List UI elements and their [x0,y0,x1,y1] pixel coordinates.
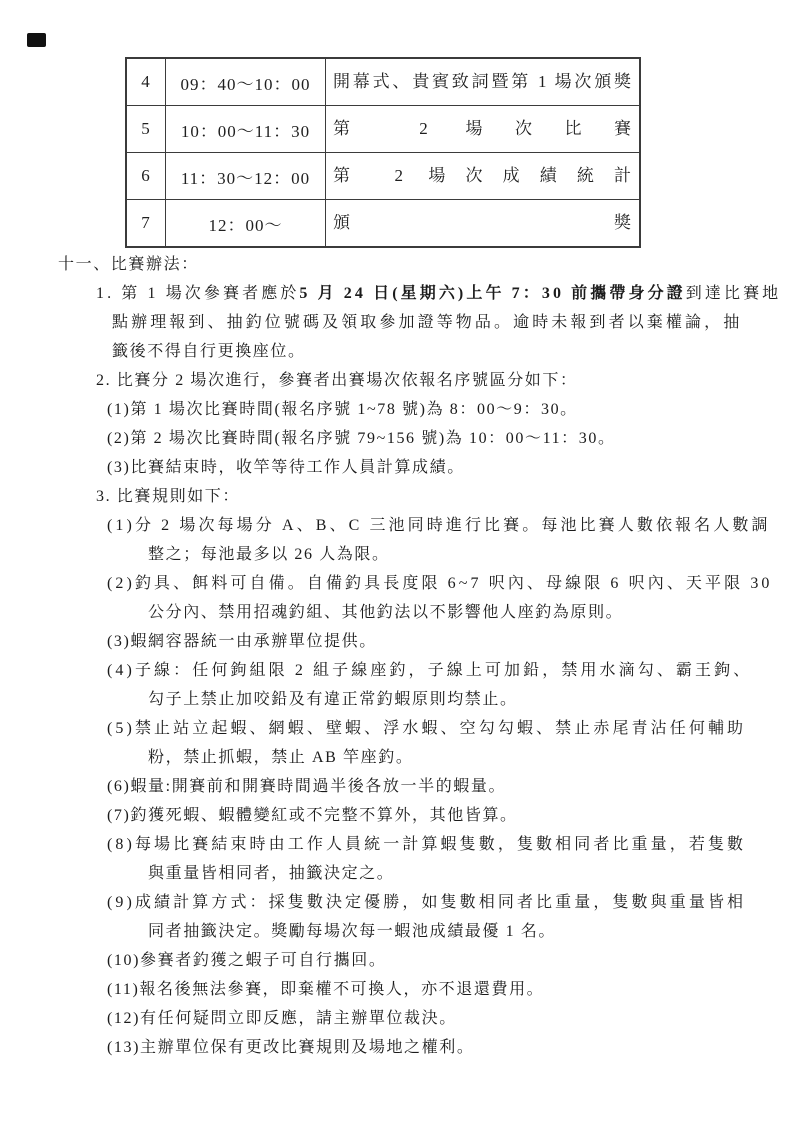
cell-activity: 頒獎 [325,200,639,246]
body-line: (2)釣具、餌料可自備。自備釣具長度限 6~7 呎內、母線限 6 呎內、天平限 … [107,569,800,598]
body-line: (8)每場比賽結束時由工作人員統一計算蝦隻數，隻數相同者比重量，若隻數 [107,830,800,859]
body-line: (11)報名後無法參賽，即棄權不可換人，亦不退還費用。 [107,975,800,1004]
body-line: 粉，禁止抓蝦，禁止 AB 竿座釣。 [148,743,800,772]
body-line: (4)子線：任何鉤組限 2 組子線座釣，子線上可加鉛，禁用水滴勾、霸王鉤、 [107,656,800,685]
body-line: 勾子上禁止加咬鉛及有違正常釣蝦原則均禁止。 [148,685,800,714]
section-heading: 十一、比賽辦法： [58,250,800,279]
body-line: (7)釣獲死蝦、蝦體變紅或不完整不算外，其他皆算。 [107,801,800,830]
body-line: 3. 比賽規則如下： [96,482,800,511]
table-row: 6 11：30～12：00 第 2 場次成績統計 [127,152,639,199]
cell-time: 10：00～11：30 [165,106,325,152]
cell-step-number: 5 [127,106,165,152]
schedule-table: 4 09：40～10：00 開幕式、貴賓致詞暨第 1 場次頒獎 5 10：00～… [125,57,641,248]
cell-time: 11：30～12：00 [165,153,325,199]
table-row: 5 10：00～11：30 第 2 場次比賽 [127,105,639,152]
body-line: (6)蝦量:開賽前和開賽時間過半後各放一半的蝦量。 [107,772,800,801]
cell-step-number: 7 [127,200,165,246]
cell-time: 09：40～10：00 [165,59,325,105]
rules-section: 十一、比賽辦法： 1. 第 1 場次參賽者應於5 月 24 日(星期六)上午 7… [0,250,800,1062]
body-line: (1)第 1 場次比賽時間(報名序號 1~78 號)為 8：00～9：30。 [107,395,800,424]
line-text-bold: 5 月 24 日(星期六)上午 7：30 前攜帶身分證 [299,285,685,302]
table-row: 4 09：40～10：00 開幕式、貴賓致詞暨第 1 場次頒獎 [127,59,639,105]
line-text-pre: 1. 第 1 場次參賽者應於 [96,285,299,302]
cell-activity: 第 2 場次成績統計 [325,153,639,199]
cell-activity: 第 2 場次比賽 [325,106,639,152]
body-line: (9)成績計算方式：採隻數決定優勝，如隻數相同者比重量，隻數與重量皆相 [107,888,800,917]
body-line: (3)蝦網容器統一由承辦單位提供。 [107,627,800,656]
document-page: 4 09：40～10：00 開幕式、貴賓致詞暨第 1 場次頒獎 5 10：00～… [0,0,800,1132]
body-line: 同者抽籤決定。獎勵每場次每一蝦池成績最優 1 名。 [148,917,800,946]
body-line: (10)參賽者釣獲之蝦子可自行攜回。 [107,946,800,975]
cell-step-number: 6 [127,153,165,199]
body-line: 籤後不得自行更換座位。 [112,337,800,366]
body-line: 點辦理報到、抽釣位號碼及領取參加證等物品。逾時未報到者以棄權論，抽 [112,308,800,337]
body-line: 公分內、禁用招魂釣組、其他釣法以不影響他人座釣為原則。 [148,598,800,627]
table-row: 7 12：00～ 頒獎 [127,199,639,246]
body-line: (12)有任何疑問立即反應，請主辦單位裁決。 [107,1004,800,1033]
body-line: 2. 比賽分 2 場次進行，參賽者出賽場次依報名序號區分如下： [96,366,800,395]
line-text-post: 到達比賽地 [686,285,782,302]
cell-step-number: 4 [127,59,165,105]
body-line: 1. 第 1 場次參賽者應於5 月 24 日(星期六)上午 7：30 前攜帶身分… [96,279,800,308]
body-line: (5)禁止站立起蝦、網蝦、壁蝦、浮水蝦、空勾勾蝦、禁止赤尾青沾任何輔助 [107,714,800,743]
body-line: (3)比賽結束時，收竿等待工作人員計算成績。 [107,453,800,482]
body-line: (2)第 2 場次比賽時間(報名序號 79~156 號)為 10：00～11：3… [107,424,800,453]
body-line: (1)分 2 場次每場分 A、B、C 三池同時進行比賽。每池比賽人數依報名人數調 [107,511,800,540]
cell-time: 12：00～ [165,200,325,246]
cell-activity: 開幕式、貴賓致詞暨第 1 場次頒獎 [325,59,639,105]
body-line: (13)主辦單位保有更改比賽規則及場地之權利。 [107,1033,800,1062]
scan-artifact-mark [27,33,46,47]
body-line: 整之；每池最多以 26 人為限。 [148,540,800,569]
body-line: 與重量皆相同者，抽籤決定之。 [148,859,800,888]
